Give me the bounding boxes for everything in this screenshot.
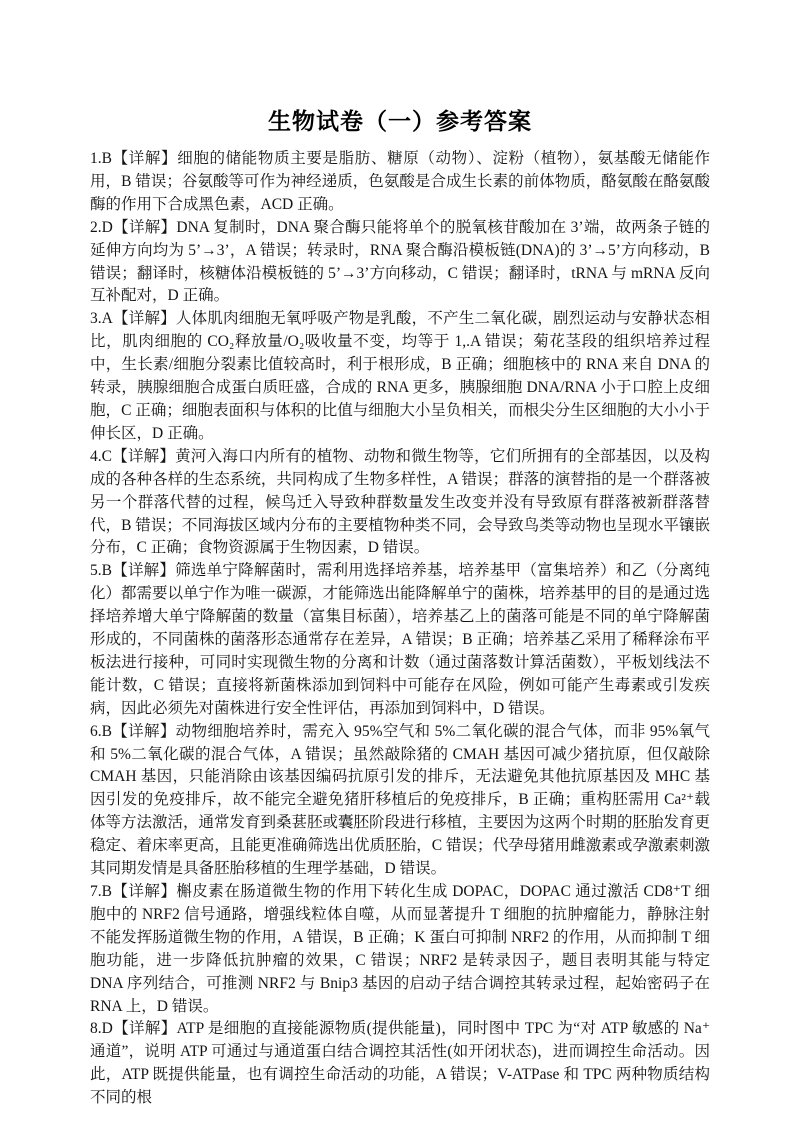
- answer-item-5: 5.B【详解】筛选单宁降解菌时，需利用选择培养基，培养基甲（富集培养）和乙（分离…: [90, 560, 710, 720]
- page-title: 生物试卷（一）参考答案: [90, 106, 710, 138]
- answer-item-8: 8.D【详解】ATP 是细胞的直接能源物质(提供能量)，同时图中 TPC 为“对…: [90, 1018, 710, 1110]
- answer-list: 1.B【详解】细胞的储能物质主要是脂肪、糖原（动物）、淀粉（植物），氨基酸无储能…: [90, 148, 710, 1110]
- document-page: 生物试卷（一）参考答案 1.B【详解】细胞的储能物质主要是脂肪、糖原（动物）、淀…: [0, 0, 794, 1122]
- answer-item-6: 6.B【详解】动物细胞培养时，需充入 95%空气和 5%二氧化碳的混合气体，而非…: [90, 721, 710, 881]
- answer-item-4: 4.C【详解】黄河入海口内所有的植物、动物和微生物等，它们所拥有的全部基因，以及…: [90, 446, 710, 561]
- answer-item-3: 3.A【详解】人体肌肉细胞无氧呼吸产物是乳酸，不产生二氧化碳，剧烈运动与安静状态…: [90, 308, 710, 445]
- answer-item-1: 1.B【详解】细胞的储能物质主要是脂肪、糖原（动物）、淀粉（植物），氨基酸无储能…: [90, 148, 710, 217]
- answer-item-7: 7.B【详解】槲皮素在肠道微生物的作用下转化生成 DOPAC，DOPAC 通过激…: [90, 881, 710, 1018]
- answer-item-2: 2.D【详解】DNA 复制时，DNA 聚合酶只能将单个的脱氧核苷酸加在 3’端，…: [90, 217, 710, 309]
